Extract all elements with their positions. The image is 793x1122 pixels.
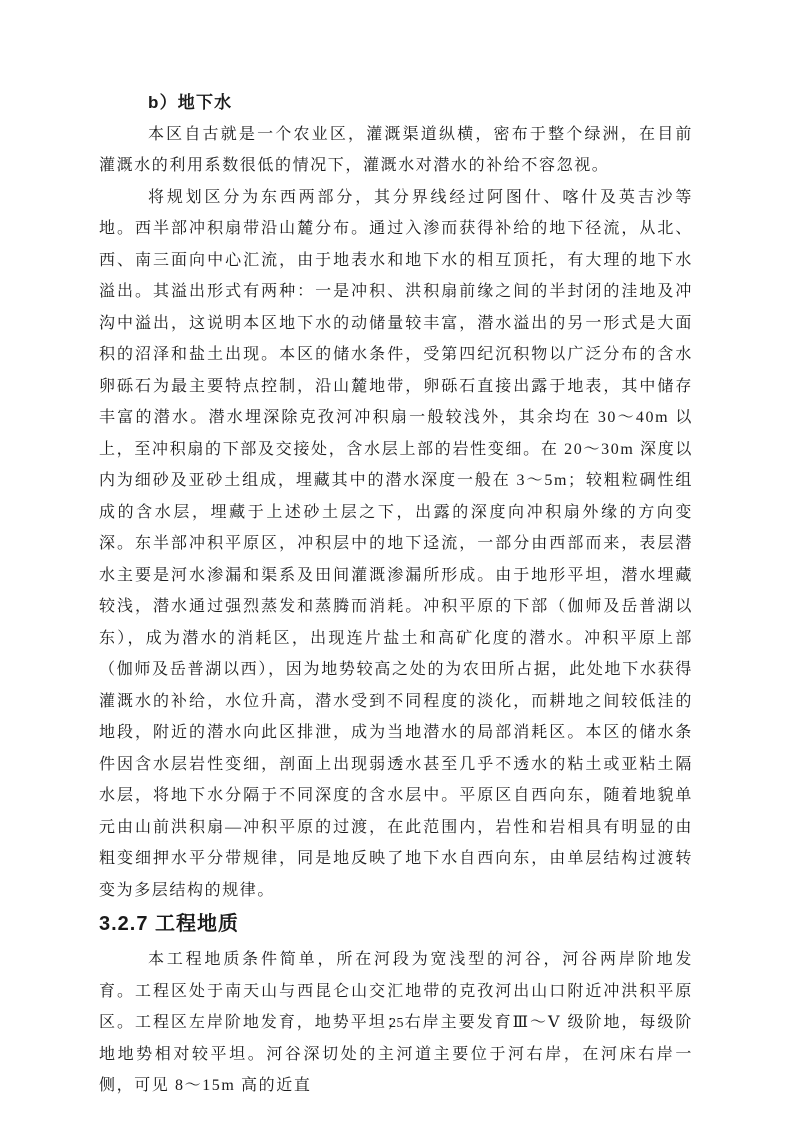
section-heading-engineering-geology: 3.2.7 工程地质 [99, 908, 693, 941]
document-page: b）地下水 本区自古就是一个农业区，灌溉渠道纵横，密布于整个绿洲，在目前灌溉水的… [0, 0, 793, 1122]
paragraph-irrigation-overview: 本区自古就是一个农业区，灌溉渠道纵横，密布于整个绿洲，在目前灌溉水的利用系数很低… [99, 119, 693, 182]
page-number: 25 [0, 1016, 793, 1032]
paragraph-groundwater-detail: 将规划区分为东西两部分，其分界线经过阿图什、喀什及英吉沙等地。西半部冲积扇带沿山… [99, 182, 693, 907]
page-content: b）地下水 本区自古就是一个农业区，灌溉渠道纵横，密布于整个绿洲，在目前灌溉水的… [99, 87, 693, 1102]
subheading-groundwater: b）地下水 [99, 87, 693, 119]
